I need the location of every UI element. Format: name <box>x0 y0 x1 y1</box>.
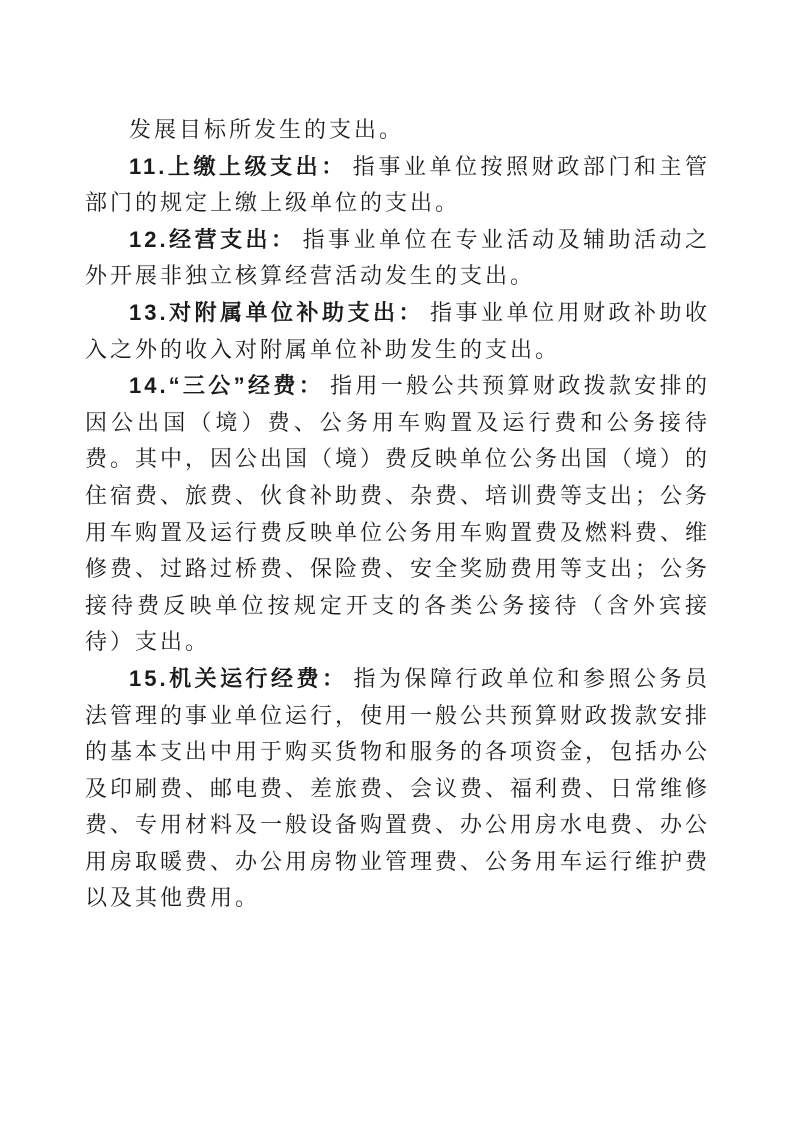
definition-text-14: 指用一般公共预算财政拨款安排的因公出国（境）费、公务用车购置及运行费和公务接待费… <box>85 373 710 654</box>
document-page: 发展目标所发生的支出。 11.上缴上级支出：指事业单位按照财政部门和主管部门的规… <box>0 0 793 1122</box>
term-label-11: 11.上缴上级支出： <box>129 154 347 179</box>
paragraph-item-14: 14.“三公”经费：指用一般公共预算财政拨款安排的因公出国（境）费、公务用车购置… <box>85 368 710 661</box>
definition-text-15: 指为保障行政单位和参照公务员法管理的事业单位运行，使用一般公共预算财政拨款安排的… <box>85 666 710 911</box>
paragraph-item-13: 13.对附属单位补助支出：指事业单位用财政补助收入之外的收入对附属单位补助发生的… <box>85 295 710 368</box>
document-body: 发展目标所发生的支出。 11.上缴上级支出：指事业单位按照财政部门和主管部门的规… <box>85 112 710 917</box>
term-label-15: 15.机关运行经费： <box>129 666 348 691</box>
definition-text: 发展目标所发生的支出。 <box>129 117 404 142</box>
paragraph-item-12: 12.经营支出：指事业单位在专业活动及辅助活动之外开展非独立核算经营活动发生的支… <box>85 222 710 295</box>
paragraph-item-11: 11.上缴上级支出：指事业单位按照财政部门和主管部门的规定上缴上级单位的支出。 <box>85 149 710 222</box>
paragraph-item-15: 15.机关运行经费：指为保障行政单位和参照公务员法管理的事业单位运行，使用一般公… <box>85 661 710 917</box>
term-label-14: 14.“三公”经费： <box>129 373 324 398</box>
term-label-13: 13.对附属单位补助支出： <box>129 300 424 325</box>
term-label-12: 12.经营支出： <box>129 227 297 252</box>
paragraph-continuation: 发展目标所发生的支出。 <box>85 112 710 149</box>
